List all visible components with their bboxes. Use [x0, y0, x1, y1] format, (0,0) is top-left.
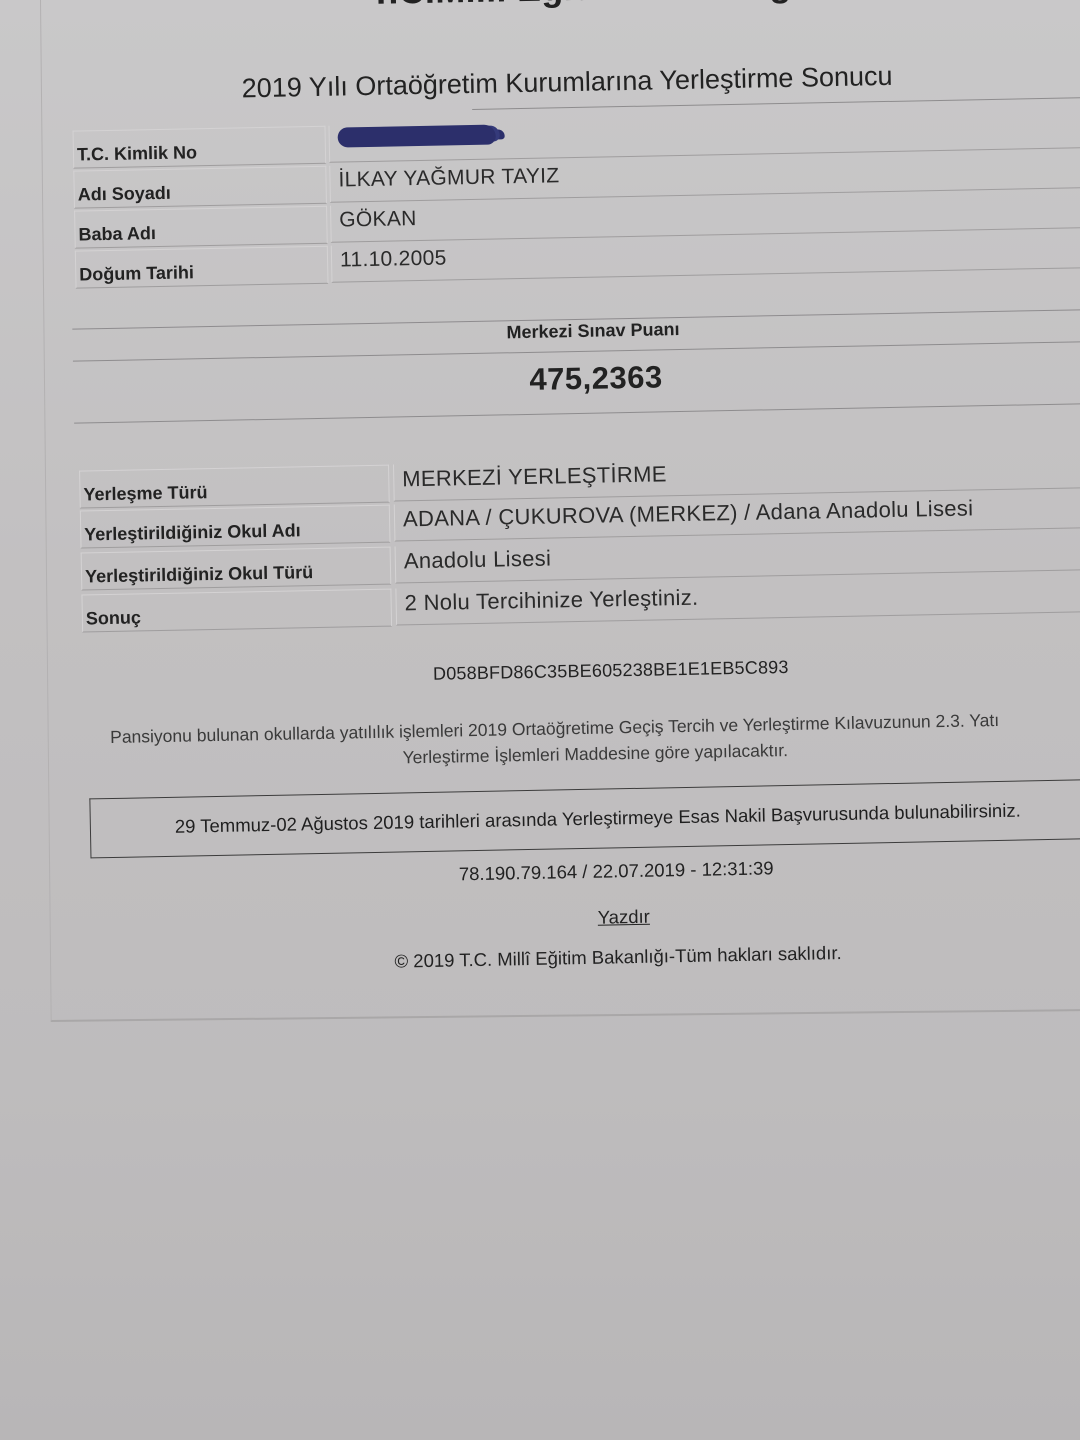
transfer-notice-text: 29 Temmuz-02 Ağustos 2019 tarihleri aras… [175, 800, 1021, 838]
access-info: 78.190.79.164 / 22.07.2019 - 12:31:39 [459, 857, 774, 885]
verification-code: D058BFD86C35BE605238BE1E1EB5C893 [433, 657, 789, 685]
copyright: © 2019 T.C. Millî Eğitim Bakanlığı-Tüm h… [394, 942, 842, 973]
label-school-type: Yerleştirildiğiniz Okul Türü [81, 547, 392, 591]
score-value: 475,2363 [529, 359, 663, 398]
divider [472, 97, 1080, 110]
label-placement-type: Yerleşme Türü [79, 465, 390, 509]
label-father-name: Baba Adı [74, 206, 328, 249]
transfer-notice-box: 29 Temmuz-02 Ağustos 2019 tarihleri aras… [89, 779, 1080, 859]
boarding-note: Pansiyonu bulunan okullarda yatılılık iş… [110, 704, 1080, 776]
result-document: T.C.Milli Eğitim Bakanlığı 2019 Yılı Ort… [0, 0, 1080, 1040]
label-school-name: Yerleştirildiğiniz Okul Adı [80, 505, 391, 549]
label-tc-kimlik: T.C. Kimlik No [73, 126, 327, 169]
label-result: Sonuç [81, 589, 392, 633]
label-name: Adı Soyadı [73, 166, 327, 209]
print-link[interactable]: Yazdır [598, 906, 651, 929]
ministry-heading: T.C.Milli Eğitim Bakanlığı [370, 0, 803, 13]
label-birth-date: Doğum Tarihi [75, 246, 329, 289]
redaction-scribble [338, 125, 496, 148]
score-label: Merkezi Sınav Puanı [506, 319, 679, 343]
divider [74, 403, 1080, 424]
divider [73, 341, 1080, 362]
document-title: 2019 Yılı Ortaöğretim Kurumlarına Yerleş… [241, 61, 892, 104]
